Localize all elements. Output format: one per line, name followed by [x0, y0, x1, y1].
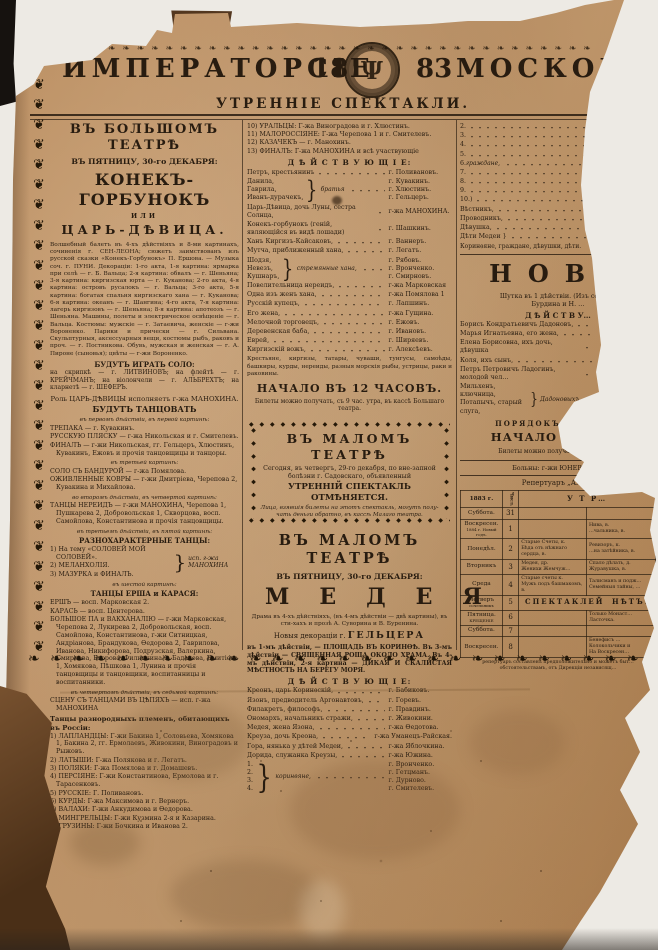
- tribe-dance-item: 10) УРАЛЬЦЫ: Г-жа Виноградова и г. Хлюст…: [247, 123, 452, 131]
- cast-row: Ханъ Киргизъ-Кайсаковъ,г. Ваннеръ.: [247, 238, 452, 246]
- column-divider-2: [456, 120, 457, 650]
- role-name: Петръ, крестьянинъ: [247, 169, 314, 177]
- performer-name: г. Живокини.: [388, 715, 452, 723]
- water-stain: [170, 860, 320, 930]
- repertoire-row: Четверъсочельникъ5СПЕКТАКЛЕЙНѢТЪ.: [461, 596, 656, 611]
- repertoire-row: Суббота.7: [461, 625, 656, 637]
- role-name: 9.: [460, 187, 466, 195]
- cancel-body: Сегодня, въ четвергъ, 29-го декабря, по …: [259, 465, 440, 481]
- right-column: 2.3.4.5.6.граждане,7.8.9.10.) Вѣстникъ,П…: [460, 122, 656, 672]
- day-date: 4: [502, 575, 518, 596]
- role-name: Шодзя,: [247, 257, 279, 265]
- ballet-subtitle: ЦАРЬ-ДѢВИЦА.: [50, 222, 239, 238]
- rule: [460, 254, 656, 255]
- dot-leader: [318, 725, 386, 731]
- brace-glyph: }: [282, 257, 293, 281]
- cast-row: Дѣти Медеи }: [460, 233, 656, 241]
- dance-section-caption: въ первомъ дѣйствіи, въ первой картинѣ:: [50, 417, 239, 424]
- masthead-title-right: МОСКОВ: [456, 54, 626, 84]
- role-name: Мелочной торговецъ,: [247, 319, 319, 327]
- dot-leader: [350, 187, 386, 193]
- cast-row: Филакретъ, философъ,г. Правдинъ.: [247, 706, 452, 714]
- role-name: Марья Игнатьевна, его жена,: [460, 330, 559, 338]
- fleuron-ornament-icon: ❦: [33, 58, 45, 72]
- role-name: Потапычъ, старый слуга,: [460, 399, 528, 415]
- cast-row: Дѣвушка,: [460, 224, 656, 232]
- matinee-subtitle: УТРЕННІЕ СПЕКТАКЛИ.: [216, 96, 466, 112]
- day-date: 31: [502, 508, 518, 520]
- repertoire-cell: [519, 637, 587, 658]
- fleuron-ornament-icon: ❦: [33, 600, 45, 614]
- dot-leader: [505, 161, 592, 167]
- repertoire-cell: Ревизоръ, к. …на затѣйника, в.: [586, 539, 655, 560]
- dot-leader: [584, 371, 592, 377]
- bottom-shadow: [0, 928, 658, 950]
- header-rule: [30, 114, 616, 120]
- dance-note: исп. г-жа МАНОХИНА: [188, 555, 239, 570]
- tribe-dance-item: 11) МАЛОРОССІЯНЕ: Г-жа Черепова 1 и г. С…: [247, 131, 452, 139]
- dot-leader: [326, 707, 386, 713]
- fleuron-ornament-icon: ❦: [33, 479, 45, 493]
- solo-heading: БУДУТЪ ИГРАТЬ СОЛО:: [50, 361, 239, 370]
- cast-row: Медея, жена Язона,г-жа Ѳедотова.: [247, 724, 452, 732]
- dot-leader: [317, 170, 385, 176]
- repertoire-row: Пятница.КРЕЩЕНІЕ6Только Монаст… Ласточка…: [461, 610, 656, 625]
- performer-name: г. Шашкинъ.: [388, 225, 452, 233]
- poster-paper: ❧ ❧ ❧ ❧ ❧ ❧ ❧ ❧ ❧ ❧ ❧ ❧ ❧ ❧ ❧ ❧ ❧ ❧ ❧ ❧ …: [0, 0, 658, 950]
- brace-glyph: }: [306, 178, 317, 202]
- day-date: 8: [502, 637, 518, 658]
- dot-leader: [469, 133, 592, 139]
- dance-item: ЕРШЪ — восп. Марковская 2.: [50, 599, 239, 607]
- day-date: 3: [502, 560, 518, 575]
- column-divider-1: [242, 120, 243, 650]
- dance-section-heading: РАЗНОХАРАКТЕРНЫЕ ТАНЦЫ:: [50, 537, 239, 546]
- dot-leader: [362, 266, 386, 272]
- performer-name: г-жа Помялова 1: [388, 291, 452, 299]
- repertoire-row: Воскресен.1884 г. Новый годъ.1Нива, в. ……: [461, 520, 656, 539]
- medea-description: Драма въ 4-хъ дѣйствіяхъ, (въ 4-мъ дѣйст…: [247, 614, 452, 628]
- role-name: 2.: [460, 123, 466, 131]
- role-name: Мутча, приближенный хана,: [247, 247, 343, 255]
- fleuron-ornament-icon: ❦: [33, 259, 45, 273]
- day-sublabel: КРЕЩЕНІЕ: [463, 619, 500, 623]
- day-name: Понедѣл.: [463, 546, 500, 553]
- performer-name: г-жа Южина.: [388, 752, 452, 760]
- cast-row: Конекъ-горбунокъ (геній, являющійся въ в…: [247, 221, 452, 237]
- fleuron-ornament-icon: ❦: [33, 499, 45, 513]
- cast-row: 8.: [460, 178, 656, 186]
- cast-row: Мильхенъ, ключница,Потапычъ, старый слуг…: [460, 383, 656, 416]
- cast-row: Дорида, служанка Креузы,г-жа Южина.: [247, 752, 452, 760]
- performer-name: г. Легатъ.: [388, 247, 452, 255]
- cast-row: Борисъ Кондратьевичъ Дадоновъ,: [460, 321, 656, 329]
- rule: [460, 460, 656, 461]
- dance-section-caption: въ третьемъ дѣйствіи, въ пятой картинѣ:: [50, 529, 239, 536]
- seal-lyre-glyph: Ψ: [361, 56, 383, 85]
- dot-leader: [283, 311, 385, 317]
- role-name: 8.: [460, 178, 466, 186]
- water-stain: [470, 710, 565, 775]
- performer-name: г. Алексѣевъ.: [388, 346, 452, 354]
- role-name: 3.: [247, 777, 253, 785]
- decor-designer: ГЕЛЬЦЕРА: [348, 630, 425, 641]
- fleuron-ornament-icon: ❦: [33, 439, 45, 453]
- cast-row: Гора, нянька у дѣтей Медеи,г-жа Яблочкин…: [247, 743, 452, 751]
- cancel-emphasis: УТРЕННІЙ СПЕКТАКЛЬ ОТМѢНЯЕТСЯ.: [259, 482, 440, 503]
- dance-item: РУССКУЮ ПЛЯСКУ — г-жа Никольская и г. См…: [50, 433, 239, 441]
- water-stain: [120, 700, 250, 780]
- fleuron-ornament-icon: ❦: [33, 78, 45, 92]
- minor-roles-list: Вѣстникъ,Проводникъ,Дѣвушка,Дѣти Медеи }: [460, 206, 656, 242]
- cast-row: 3.: [460, 132, 656, 140]
- day-date: 7: [502, 625, 518, 637]
- fleuron-ornament-icon: ❦: [33, 620, 45, 634]
- cast-row: Коля, ихъ сынъ,: [460, 357, 656, 365]
- performer-name: г. Лапшинъ.: [388, 300, 452, 308]
- nov-order-line: ПОРЯДОКЪ СПЕКТА…: [460, 420, 656, 429]
- role-name: Мильхенъ, ключница,: [460, 383, 528, 399]
- tribe-dance-item: 5) РУССКІЕ: Г. Поливановъ.: [50, 790, 239, 798]
- repertoire-cell: Медея, др. Женихи Жемчуж…: [519, 560, 587, 575]
- cast-row: Шодзя,Невезъ,Кушнаръ,}стремянные хана,г.…: [247, 257, 452, 282]
- header-section: У Т Р…: [519, 491, 656, 508]
- dot-leader: [469, 152, 592, 158]
- dot-leader: [336, 239, 385, 245]
- bolshoi-tickets-line: Билеты можно получать, съ 9 час. утра, в…: [247, 398, 452, 413]
- cancel-heading: ВЪ МАЛОМЪ ТЕАТРѢ: [259, 431, 440, 462]
- water-stain: [70, 820, 140, 865]
- no-performance-cell: СПЕКТАКЛЕЙНѢТЪ.: [519, 596, 656, 611]
- solo-line: на скрипкѣ — г. ЛИТВИНОВЪ; на флейтѣ — г…: [50, 369, 239, 392]
- performer-name: г. Смирновъ.: [388, 273, 452, 281]
- dance-section-caption: во второмъ дѣйствіи, въ четвертой картин…: [50, 495, 239, 502]
- dance-item: КАРАСЬ — восп. Центерова.: [50, 608, 239, 616]
- tribes-list-2: 10) УРАЛЬЦЫ: Г-жа Виноградова и г. Хлюст…: [247, 123, 452, 156]
- bolshoi-cast-heading: Д Ѣ Й С Т В У Ю Щ І Е:: [247, 158, 452, 167]
- role-name: Еврей,: [247, 337, 269, 345]
- role-line: Роль ЦАРЬ-ДѢВИЦЫ исполняетъ г-жа МАНОХИН…: [50, 395, 239, 403]
- nov-cast-heading: Д Ѣ Й С Т В У…: [460, 311, 656, 320]
- performer-name: г. Вронченко.: [388, 265, 452, 273]
- dot-leader: [340, 753, 385, 759]
- role-name: Одна изъ женъ хана,: [247, 291, 317, 299]
- dot-leader: [469, 142, 592, 148]
- nov-title: НОВЬ: [460, 259, 656, 289]
- role-name: 10.): [460, 196, 472, 204]
- tribe-dance-item: 12) КАЗАЧЕКЪ — г. Манохинъ.: [247, 139, 452, 147]
- ballet-title: КОНЕКЪ-ГОРБУНОКЪ: [50, 170, 239, 210]
- medea-decor-line: Новыя декораціи г. ГЕЛЬЦЕРА: [247, 630, 452, 642]
- role-name: Русскій купецъ,: [247, 300, 300, 308]
- cast-row: Мутча, приближенный хана,г. Легатъ.: [247, 247, 452, 255]
- role-name: Борисъ Кондратьевичъ Дадоновъ,: [460, 321, 573, 329]
- role-name: Ханъ Киргизъ-Кайсаковъ,: [247, 238, 333, 246]
- dance-item: 1) На тему «СОЛОВЕЙ МОЙ СОЛОВЕЙ».: [50, 546, 171, 562]
- performer-name: г-жа МАНОХИНА.: [388, 208, 452, 216]
- role-name: 1.: [247, 761, 253, 769]
- repertoire-cell: [586, 625, 655, 637]
- role-name: Язонъ, предводитель Аргонавтовъ,: [247, 697, 364, 705]
- role-group-label: граждане,: [466, 160, 500, 168]
- dance-item: ОЖИВЛЕННЫЕ КОВРЫ — г-жи Дмитріева, Череп…: [50, 476, 239, 492]
- nov-authors: Бурдина и Н. …: [460, 300, 656, 308]
- performer-name: г-жа Яблочкина.: [388, 743, 452, 751]
- repertoire-cell: [519, 610, 587, 625]
- day-date: 5: [502, 596, 518, 611]
- repertoire-cell: Спало дѣлать, д. Журавушка, в.: [586, 560, 655, 575]
- fleuron-ornament-icon: ❦: [33, 198, 45, 212]
- dot-leader: [469, 170, 592, 176]
- role-name: 4.: [247, 785, 253, 793]
- fleuron-ornament-icon: ❦: [33, 279, 45, 293]
- bolshoi-extras: Крестьяне, киргизы, татары, чуваши, тунг…: [247, 356, 452, 378]
- dot-leader: [562, 331, 592, 337]
- cast-row: 7.: [460, 169, 656, 177]
- cast-row: Ономархъ, начальникъ стражи,г. Живокини.: [247, 715, 452, 723]
- performer-name: г. Ежовъ.: [388, 319, 452, 327]
- repertoire-table: 1883 г. Числ. У Т Р… Суббота.31Воскресен…: [460, 490, 656, 658]
- repertoire-row: Воскресен.8Бенефисъ … Колокольчики и На …: [461, 637, 656, 658]
- cast-row: 4.: [460, 141, 656, 149]
- fleuron-ornament-icon: ❦: [33, 379, 45, 393]
- middle-column: 10) УРАЛЬЦЫ: Г-жа Виноградова и г. Хлюст…: [247, 122, 452, 795]
- dot-leader: [272, 338, 385, 344]
- day-sublabel: сочельникъ: [463, 604, 500, 608]
- dance-heading: БУДУТЪ ТАНЦОВАТЬ: [50, 404, 239, 414]
- ballet-description: Волшебный балетъ въ 4-хъ дѣйствіяхъ и 8-…: [50, 242, 239, 358]
- cast-row: Царь-Дѣвица, дочь Луны, сестра Солнца,г-…: [247, 204, 452, 220]
- dance-item: БОЛЬШОЕ ПА и ВАКХАНАЛІЮ — г-жи Марковска…: [50, 616, 239, 687]
- dot-leader: [469, 124, 592, 130]
- dance-sections: въ первомъ дѣйствіи, въ первой картинѣ:Т…: [50, 417, 239, 713]
- cancellation-notice: ◆ ◆ ◆ ◆ ◆ ◆ ◆ ◆ ◆ ◆ ◆ ◆ ◆ ◆ ◆ ◆ ◆ ◆ ◆ ◆ …: [249, 421, 450, 525]
- cast-row: Данила,Гаврила,Иванъ-дурачекъ,}братьяг. …: [247, 178, 452, 203]
- performer-name: г-жа Марковская: [388, 282, 452, 290]
- role-group-label: братья: [321, 186, 345, 194]
- role-name: Дѣвушка,: [460, 224, 492, 232]
- dot-leader: [337, 283, 385, 289]
- performer-name: г-жа Гущина.: [388, 310, 452, 318]
- role-name: Иванъ-дурачекъ,: [247, 194, 303, 202]
- fleuron-ornament-icon: ❦: [33, 178, 45, 192]
- cast-row: 6.граждане,: [460, 160, 656, 168]
- dot-leader: [312, 329, 385, 335]
- performer-name: г-жа Ѳедотова.: [388, 724, 452, 732]
- brace-glyph: }: [530, 391, 538, 407]
- dot-leader: [320, 292, 386, 298]
- performer-name: г. Ширяевъ.: [388, 337, 452, 345]
- masthead-year-right: 83: [416, 54, 452, 84]
- role-group-label: Дадоновыхъ: [540, 396, 579, 404]
- cast-row: Мелочной торговецъ,г. Ежовъ.: [247, 319, 452, 327]
- repertoire-footer: репертуаръ составленъ предположительно и…: [460, 660, 656, 672]
- fleuron-ornament-icon: ❦: [33, 239, 45, 253]
- role-name: 7.: [460, 169, 466, 177]
- role-name: Коля, ихъ сынъ,: [460, 357, 513, 365]
- tribe-dance-item: 6) КУРДЫ: Г-жа Максимова и г. Вернеръ.: [50, 798, 239, 806]
- diamond-border-left: ◆ ◆ ◆ ◆ ◆ ◆ ◆ ◆ ◆ ◆ ◆ ◆: [249, 427, 257, 519]
- fleuron-ornament-icon: ❦: [33, 399, 45, 413]
- repertoire-cell: [519, 520, 587, 539]
- dance-item: ФИНАЛЪ — г-жи Никольская, гг. Гельцеръ, …: [50, 442, 239, 458]
- day-date: 6: [502, 610, 518, 625]
- repertoire-cell: [519, 508, 587, 520]
- role-name: Гаврила,: [247, 186, 303, 194]
- fleuron-ornament-icon: ❦: [33, 419, 45, 433]
- role-name: Медея, жена Язона,: [247, 724, 315, 732]
- dance-item: 2) МЕЛАНХОЛІЯ.: [50, 562, 171, 570]
- role-name: Креуза, дочь Креона,: [247, 733, 318, 741]
- role-name: Деревенская баба,: [247, 328, 309, 336]
- ballet-or: ИЛИ: [50, 212, 239, 220]
- cast-row: 2.: [460, 123, 656, 131]
- fleuron-ornament-icon: ❦: [33, 98, 45, 112]
- masthead-year-left: 18: [312, 54, 348, 84]
- dot-leader: [510, 234, 593, 240]
- role-group-label: стремянные хана,: [297, 265, 357, 273]
- brace-glyph: }: [173, 550, 186, 575]
- tribe-dance-item: 13) ФИНАЛЪ: Г-жа МАНОХИНА и всѣ участвую…: [247, 148, 452, 156]
- role-name: Его жена,: [247, 310, 280, 318]
- fleuron-ornament-icon: ❦: [33, 540, 45, 554]
- maly-date: ВЪ ПЯТНИЦУ, 30-го ДЕКАБРЯ:: [247, 572, 452, 582]
- role-name: 2.: [247, 769, 253, 777]
- cast-row: Киргизскій вожъ,г. Алексѣевъ.: [247, 346, 452, 354]
- fleuron-ornament-icon: ❦: [33, 359, 45, 373]
- role-name: Невезъ,: [247, 265, 279, 273]
- medea-title: МЕДЕЯ: [247, 584, 452, 612]
- performer-name: г. Ваннеръ.: [388, 238, 452, 246]
- day-name: Среда: [463, 581, 500, 588]
- dot-leader: [495, 225, 593, 231]
- repertoire-cell: Только Монаст… Ласточка.: [586, 610, 655, 625]
- cast-row: Петръ Петровичъ Ладогинъ, молодой чел…: [460, 366, 656, 382]
- bolshoi-date: ВЪ ПЯТНИЦУ, 30-го ДЕКАБРЯ:: [50, 157, 239, 167]
- role-name: Повелительница нереидъ,: [247, 282, 334, 290]
- medea-scenes: въ 1-мъ дѣйствіи, — ПЛОЩАДЬ ВЪ КОРИНѲѢ. …: [247, 644, 452, 675]
- performer-name: г. Гельцеръ.: [388, 194, 452, 202]
- header-year: 1883 г.: [461, 491, 503, 508]
- performer-name: г. Хлюстинъ.: [388, 186, 452, 194]
- cast-row: Еврей,г. Ширяевъ.: [247, 337, 452, 345]
- cast-row: Одна изъ женъ хана,г-жа Помялова 1: [247, 291, 452, 299]
- performer-name: г-жа Уманецъ-Райская.: [374, 733, 452, 741]
- fleuron-ornament-icon: ❦: [33, 138, 45, 152]
- fleuron-ornament-icon: ❦: [33, 319, 45, 333]
- role-name: Царь-Дѣвица, дочь Луны, сестра Солнца,: [247, 204, 374, 220]
- fleuron-ornament-icon: ❦: [33, 299, 45, 313]
- no-performance-text: НѢТЪ.: [612, 598, 649, 607]
- cast-row: Марья Игнатьевна, его жена,: [460, 330, 656, 338]
- decor-prefix: Новыя декораціи г.: [274, 632, 346, 640]
- dance-section-caption: въ шестой картинѣ:: [50, 582, 239, 589]
- cast-row: Вѣстникъ,: [460, 206, 656, 214]
- fleuron-ornament-icon: ❦: [33, 519, 45, 533]
- role-name: Киргизскій вожъ,: [247, 346, 306, 354]
- dot-leader: [346, 744, 385, 750]
- day-name: Суббота.: [463, 627, 500, 634]
- fleuron-ornament-icon: ❦: [33, 459, 45, 473]
- diamond-border-top: ◆ ◆ ◆ ◆ ◆ ◆ ◆ ◆ ◆ ◆ ◆ ◆ ◆ ◆ ◆ ◆ ◆ ◆ ◆ ◆ …: [249, 421, 450, 429]
- imperial-seal-icon: Ψ: [344, 42, 400, 98]
- medea-extras: Коринѳяне, граждане, дѣвушки, дѣти.: [460, 243, 656, 251]
- dot-leader: [576, 322, 592, 328]
- role-name: Гора, нянька у дѣтей Медеи,: [247, 743, 343, 751]
- day-name: Суббота.: [463, 510, 500, 517]
- role-name: Ономархъ, начальникъ стражи,: [247, 715, 353, 723]
- rule: [460, 475, 656, 476]
- cast-row: 5.: [460, 151, 656, 159]
- fleuron-ornament-icon: ❦: [33, 219, 45, 233]
- tribe-dance-item: 7) ВАЛАХИ: Г-жи Анкудимова и Ѳедорова.: [50, 806, 239, 814]
- fleuron-ornament-icon: ❦: [33, 580, 45, 594]
- repertoire-header-row: 1883 г. Числ. У Т Р…: [461, 491, 656, 508]
- role-name: Конекъ-горбунокъ (геній, являющійся въ в…: [247, 221, 374, 237]
- dance-section-caption: въ третьей картинѣ:: [50, 460, 239, 467]
- performer-name: г. Кувакинъ.: [388, 178, 452, 186]
- repertoire-cell: Талисманъ и подж… Семейныя тайны, …: [586, 575, 655, 596]
- dance-item: ТАНЦЫ НЕРЕИДЪ — г-жи МАНОХИНА, Черепова …: [50, 502, 239, 526]
- role-name: 5.: [460, 151, 466, 159]
- paper-specks: [120, 700, 122, 702]
- cast-row: Креуза, дочь Креона,г-жа Уманецъ-Райская…: [247, 733, 452, 741]
- no-performance-text: СПЕКТАКЛЕЙ: [525, 598, 604, 607]
- dot-leader: [377, 226, 385, 232]
- role-name: Проводникъ,: [460, 215, 503, 223]
- maly-heading: ВЪ МАЛОМЪ ТЕАТРѢ: [247, 532, 452, 568]
- cast-row: Елена Борисовна, ихъ дочь, дѣвушка: [460, 339, 656, 355]
- fleuron-ornament-icon: ❦: [33, 560, 45, 574]
- bolshoi-start-line: НАЧАЛО ВЪ 12 ЧАСОВЪ.: [247, 382, 452, 396]
- repertoire-row: Понедѣл.2Старые Счеты, к. Бѣда отъ нѣжна…: [461, 539, 656, 560]
- dot-leader: [584, 396, 592, 402]
- role-name: 4.: [460, 141, 466, 149]
- repertoire-row: Вторникъ3Медея, др. Женихи Жемчуж…Спало …: [461, 560, 656, 575]
- dot-leader: [322, 320, 385, 326]
- citizens-list: 2.3.4.5.6.граждане,7.8.9.10.): [460, 123, 656, 205]
- repertoire-cell: [519, 625, 587, 637]
- fleuron-ornament-icon: ❦: [33, 118, 45, 132]
- sick-line: Больны: г-жи ЮНЕВИЧЪ…: [460, 464, 656, 472]
- dot-leader: [584, 344, 592, 350]
- bolshoi-cast-list: Петръ, крестьянинъг. Поливановъ.Данила,Г…: [247, 169, 452, 355]
- role-name: Елена Борисовна, ихъ дочь, дѣвушка: [460, 339, 581, 355]
- fleuron-ornament-icon: ❦: [33, 339, 45, 353]
- cast-row: Деревенская баба,г. Ивановъ.: [247, 328, 452, 336]
- fleuron-ornament-icon: ❦: [33, 158, 45, 172]
- nov-genre: Шутка въ 1 дѣйствіи. (Изъ совре…: [460, 292, 656, 300]
- brace-glyph: }: [257, 761, 272, 793]
- role-name: Петръ Петровичъ Ладогинъ, молодой чел…: [460, 366, 581, 382]
- performer-name: г. Поливановъ.: [388, 169, 452, 177]
- role-name: Вѣстникъ,: [460, 206, 494, 214]
- diamond-border-bottom: ◆ ◆ ◆ ◆ ◆ ◆ ◆ ◆ ◆ ◆ ◆ ◆ ◆ ◆ ◆ ◆ ◆ ◆ ◆ ◆ …: [249, 517, 450, 525]
- role-name: 3.: [460, 132, 466, 140]
- repertoire-row: Среда4Старые счеты к. Мужъ подъ башмаком…: [461, 575, 656, 596]
- performer-name: г. Правдинъ.: [388, 706, 452, 714]
- dot-leader: [346, 248, 385, 254]
- cast-row: 10.): [460, 196, 656, 204]
- repertoire-cell: Нива, в. …чальника, в.: [586, 520, 655, 539]
- day-name: Вторникъ: [463, 563, 500, 570]
- cast-row: Петръ, крестьянинъг. Поливановъ.: [247, 169, 452, 177]
- dot-leader: [506, 216, 592, 222]
- dot-leader: [321, 734, 371, 740]
- cast-row: Проводникъ,: [460, 215, 656, 223]
- day-name: Воскресен.: [463, 644, 500, 651]
- dance-item: 3) МАЗУРКА и ФИНАЛЪ.: [50, 571, 171, 579]
